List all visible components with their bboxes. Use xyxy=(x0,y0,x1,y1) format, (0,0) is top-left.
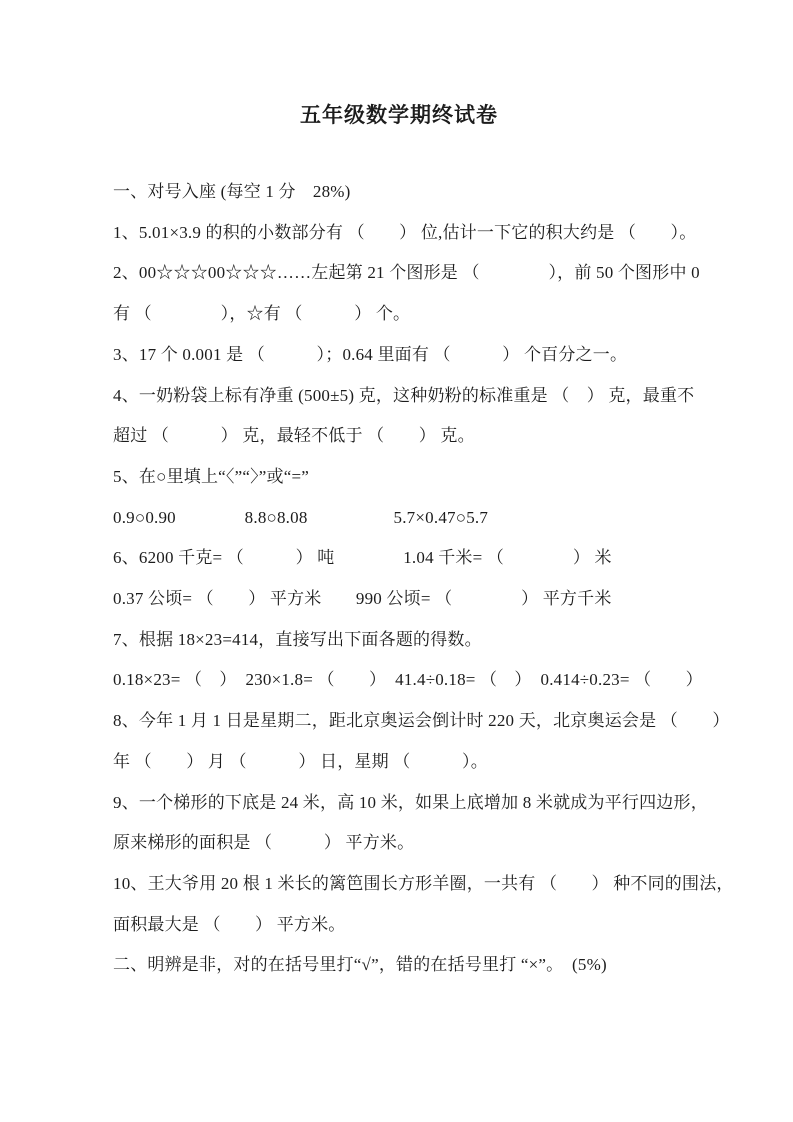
question-8-continuation: 年 （ ） 月 （ ） 日，星期 （ ）。 xyxy=(113,742,713,783)
question-9: 9、一个梯形的下底是 24 米，高 10 米，如果上底增加 8 米就成为平行四边… xyxy=(113,783,713,824)
exam-body: 一、对号入座 (每空 1 分 28%)1、5.01×3.9 的积的小数部分有 （… xyxy=(113,172,713,986)
question-1: 1、5.01×3.9 的积的小数部分有 （ ） 位,估计一下它的积大约是 （ ）… xyxy=(113,213,713,254)
question-5-items: 0.9○0.90 8.8○8.08 5.7×0.47○5.7 xyxy=(113,498,713,539)
section-1-heading: 一、对号入座 (每空 1 分 28%) xyxy=(113,172,713,213)
question-10-continuation: 面积最大是 （ ） 平方米。 xyxy=(113,905,713,946)
question-10: 10、王大爷用 20 根 1 米长的篱笆围长方形羊圈，一共有 （ ） 种不同的围… xyxy=(113,864,713,905)
section-2-heading: 二、明辨是非，对的在括号里打“√”，错的在括号里打 “×”。 (5%) xyxy=(113,945,713,986)
question-8: 8、今年 1 月 1 日是星期二，距北京奥运会倒计时 220 天，北京奥运会是 … xyxy=(113,701,713,742)
question-6-continuation: 0.37 公顷= （ ） 平方米 990 公顷= （ ） 平方千米 xyxy=(113,579,713,620)
question-3: 3、17 个 0.001 是 （ ）；0.64 里面有 （ ） 个百分之一。 xyxy=(113,335,713,376)
question-4: 4、一奶粉袋上标有净重 (500±5) 克，这种奶粉的标准重是 （ ） 克，最重… xyxy=(113,376,713,417)
question-2: 2、00☆☆☆00☆☆☆……左起第 21 个图形是 （ ），前 50 个图形中 … xyxy=(113,253,713,294)
exam-paper-page: 五年级数学期终试卷 一、对号入座 (每空 1 分 28%)1、5.01×3.9 … xyxy=(0,0,793,1122)
question-5: 5、在○里填上“〈”“〉”或“=” xyxy=(113,457,713,498)
question-2-continuation: 有 （ ），☆有 （ ） 个。 xyxy=(113,294,713,335)
question-6: 6、6200 千克= （ ） 吨 1.04 千米= （ ） 米 xyxy=(113,538,713,579)
question-9-continuation: 原来梯形的面积是 （ ） 平方米。 xyxy=(113,823,713,864)
question-4-continuation: 超过 （ ） 克，最轻不低于 （ ） 克。 xyxy=(113,416,713,457)
page-title: 五年级数学期终试卷 xyxy=(113,99,685,129)
question-7: 7、根据 18×23=414，直接写出下面各题的得数。 xyxy=(113,620,713,661)
question-7-items: 0.18×23= （ ） 230×1.8= （ ） 41.4÷0.18= （ ）… xyxy=(113,660,713,701)
